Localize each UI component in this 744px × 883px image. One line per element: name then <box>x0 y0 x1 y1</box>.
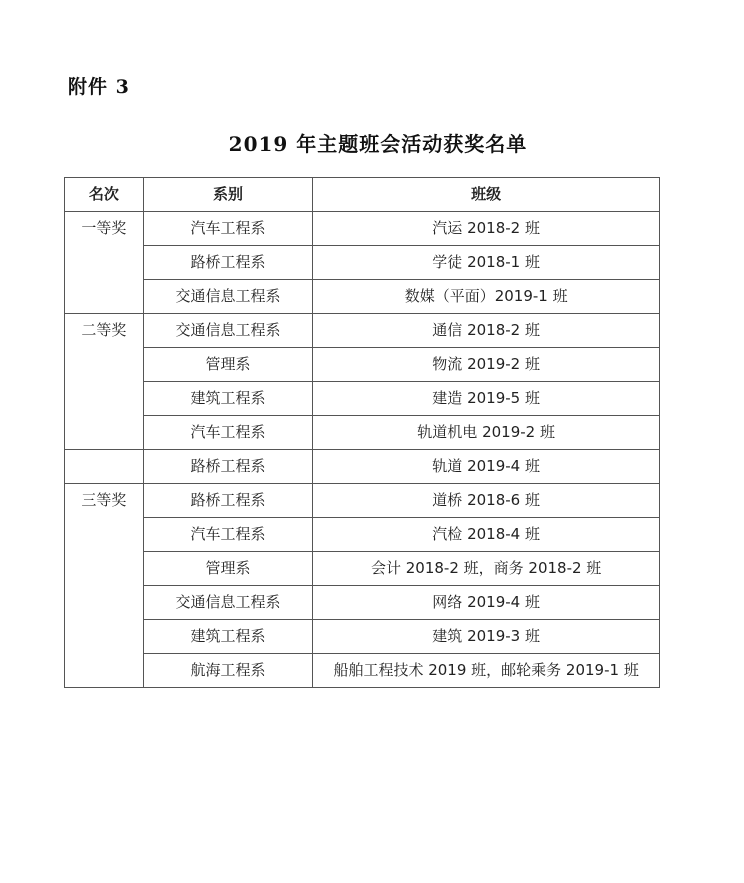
page-title: 2019 年主题班会活动获奖名单 <box>0 128 744 157</box>
department-cell: 路桥工程系 <box>143 246 313 280</box>
rank-cell <box>65 586 144 620</box>
class-cell: 通信 2018-2 班 <box>313 314 660 348</box>
table-row: 交通信息工程系 数媒（平面）2019-1 班 <box>65 280 660 314</box>
attachment-label: 附件 3 <box>68 72 130 99</box>
class-cell: 建筑 2019-3 班 <box>313 620 660 654</box>
table-row: 路桥工程系 轨道 2019-4 班 <box>65 450 660 484</box>
table-row: 建筑工程系 建造 2019-5 班 <box>65 382 660 416</box>
table-row: 管理系 物流 2019-2 班 <box>65 348 660 382</box>
awards-table: 名次 系别 班级 一等奖 汽车工程系 汽运 2018-2 班 路桥工程系 学徒 … <box>64 177 660 688</box>
table-header-row: 名次 系别 班级 <box>65 178 660 212</box>
rank-cell <box>65 654 144 688</box>
rank-cell <box>65 348 144 382</box>
table-row: 一等奖 汽车工程系 汽运 2018-2 班 <box>65 212 660 246</box>
department-cell: 汽车工程系 <box>143 518 313 552</box>
class-cell: 网络 2019-4 班 <box>313 586 660 620</box>
header-rank: 名次 <box>65 178 144 212</box>
rank-cell <box>65 620 144 654</box>
class-cell: 船舶工程技术 2019 班，邮轮乘务 2019-1 班 <box>313 654 660 688</box>
rank-cell: 三等奖 <box>65 484 144 518</box>
table-row: 建筑工程系 建筑 2019-3 班 <box>65 620 660 654</box>
department-cell: 管理系 <box>143 552 313 586</box>
rank-cell <box>65 416 144 450</box>
table-row: 汽车工程系 汽检 2018-4 班 <box>65 518 660 552</box>
class-cell: 数媒（平面）2019-1 班 <box>313 280 660 314</box>
table-row: 路桥工程系 学徒 2018-1 班 <box>65 246 660 280</box>
rank-cell <box>65 382 144 416</box>
header-department: 系别 <box>143 178 313 212</box>
department-cell: 路桥工程系 <box>143 484 313 518</box>
rank-cell <box>65 450 144 484</box>
department-cell: 汽车工程系 <box>143 416 313 450</box>
table-row: 三等奖 路桥工程系 道桥 2018-6 班 <box>65 484 660 518</box>
department-cell: 交通信息工程系 <box>143 280 313 314</box>
department-cell: 管理系 <box>143 348 313 382</box>
class-cell: 轨道 2019-4 班 <box>313 450 660 484</box>
department-cell: 交通信息工程系 <box>143 314 313 348</box>
class-cell: 道桥 2018-6 班 <box>313 484 660 518</box>
department-cell: 建筑工程系 <box>143 382 313 416</box>
class-cell: 轨道机电 2019-2 班 <box>313 416 660 450</box>
department-cell: 路桥工程系 <box>143 450 313 484</box>
rank-cell <box>65 246 144 280</box>
table-row: 二等奖 交通信息工程系 通信 2018-2 班 <box>65 314 660 348</box>
class-cell: 学徒 2018-1 班 <box>313 246 660 280</box>
rank-cell: 一等奖 <box>65 212 144 246</box>
table-row: 航海工程系 船舶工程技术 2019 班，邮轮乘务 2019-1 班 <box>65 654 660 688</box>
table-row: 管理系 会计 2018-2 班，商务 2018-2 班 <box>65 552 660 586</box>
department-cell: 汽车工程系 <box>143 212 313 246</box>
class-cell: 建造 2019-5 班 <box>313 382 660 416</box>
class-cell: 会计 2018-2 班，商务 2018-2 班 <box>313 552 660 586</box>
table-row: 交通信息工程系 网络 2019-4 班 <box>65 586 660 620</box>
rank-cell <box>65 280 144 314</box>
class-cell: 物流 2019-2 班 <box>313 348 660 382</box>
rank-cell <box>65 552 144 586</box>
header-class: 班级 <box>313 178 660 212</box>
table-row: 汽车工程系 轨道机电 2019-2 班 <box>65 416 660 450</box>
rank-cell <box>65 518 144 552</box>
department-cell: 交通信息工程系 <box>143 586 313 620</box>
department-cell: 建筑工程系 <box>143 620 313 654</box>
class-cell: 汽运 2018-2 班 <box>313 212 660 246</box>
department-cell: 航海工程系 <box>143 654 313 688</box>
class-cell: 汽检 2018-4 班 <box>313 518 660 552</box>
rank-cell: 二等奖 <box>65 314 144 348</box>
